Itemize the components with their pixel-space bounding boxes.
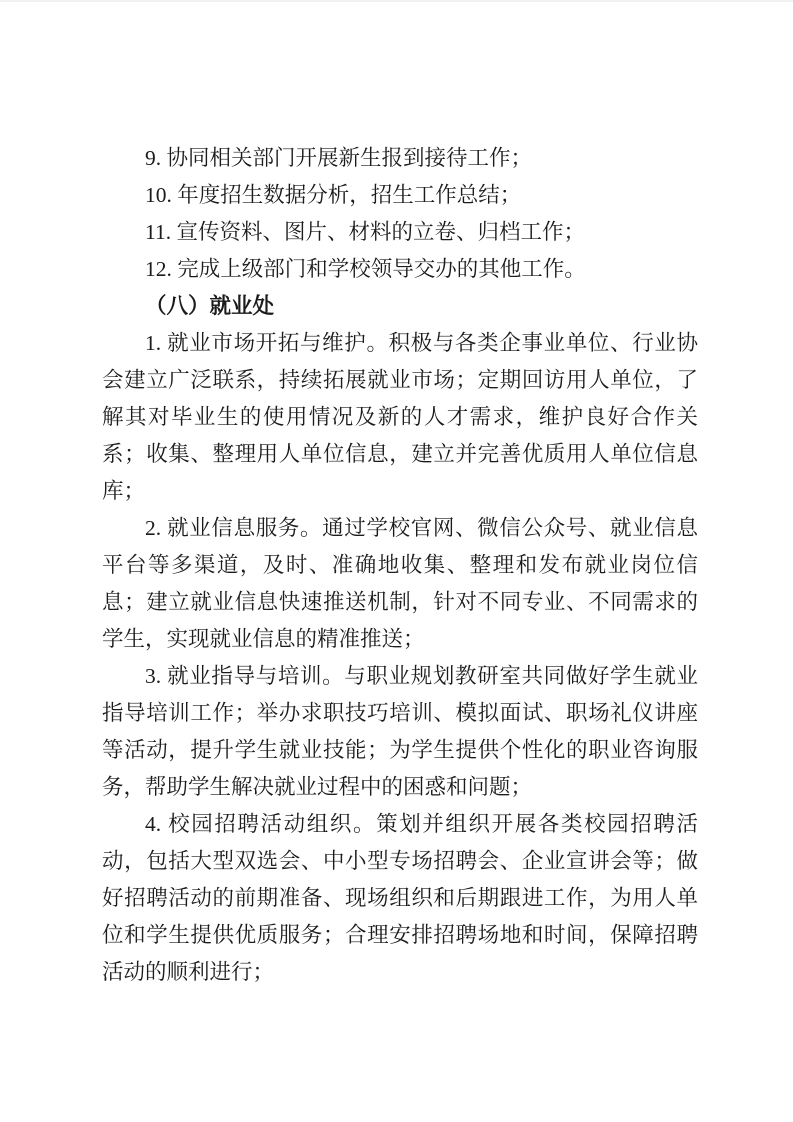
paragraph-campus-recruitment: 4. 校园招聘活动组织。策划并组织开展各类校园招聘活动，包括大型双选会、中小型专… [102, 806, 698, 991]
page-top-edge [0, 0, 793, 2]
paragraph-employment-guidance: 3. 就业指导与培训。与职业规划教研室共同做好学生就业指导培训工作；举办求职技巧… [102, 658, 698, 806]
paragraph-employment-information: 2. 就业信息服务。通过学校官网、微信公众号、就业信息平台等多渠道，及时、准确地… [102, 510, 698, 658]
section-heading-employment-office: （八）就业处 [102, 288, 698, 325]
list-item-9: 9. 协同相关部门开展新生报到接待工作； [102, 140, 698, 177]
list-item-10: 10. 年度招生数据分析，招生工作总结； [102, 177, 698, 214]
list-item-11: 11. 宣传资料、图片、材料的立卷、归档工作； [102, 214, 698, 251]
paragraph-employment-market: 1. 就业市场开拓与维护。积极与各类企事业单位、行业协会建立广泛联系，持续拓展就… [102, 325, 698, 510]
list-item-12: 12. 完成上级部门和学校领导交办的其他工作。 [102, 251, 698, 288]
document-page: 9. 协同相关部门开展新生报到接待工作； 10. 年度招生数据分析，招生工作总结… [102, 140, 698, 991]
